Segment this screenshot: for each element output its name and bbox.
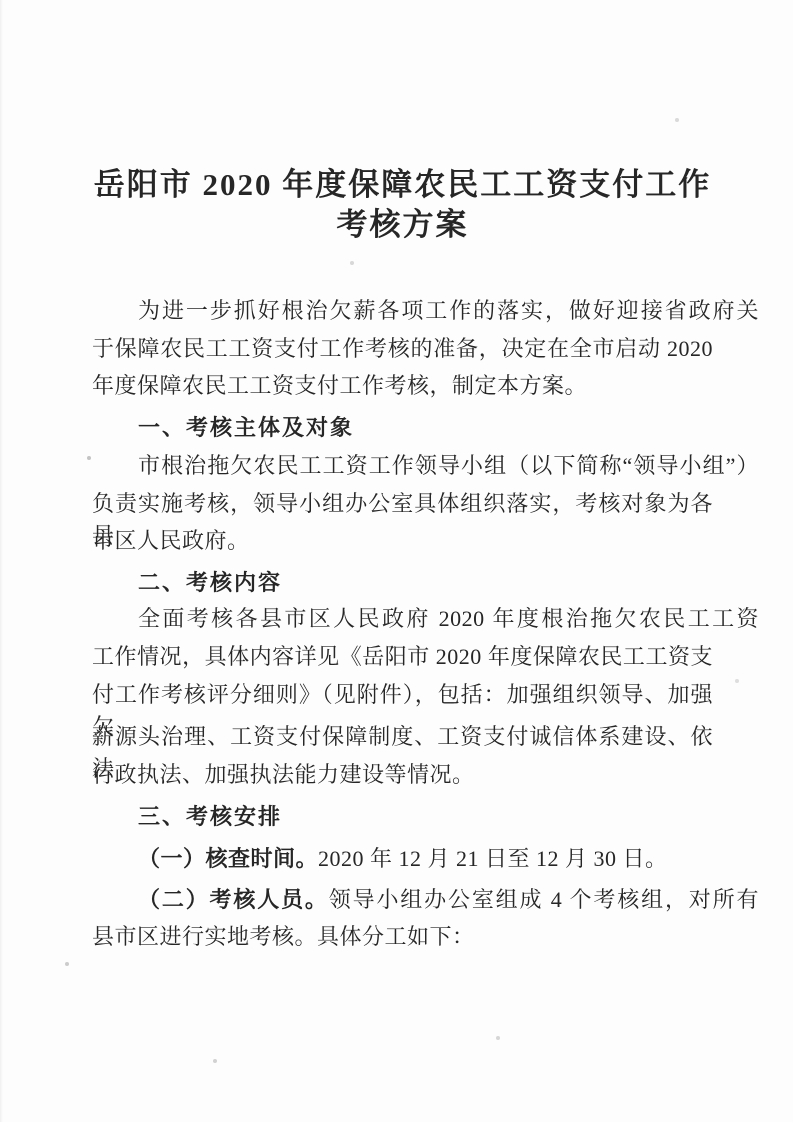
- item-label-bold: （二）考核人员。: [138, 887, 329, 912]
- paragraph-intro-line-3: 年度保障农民工工资支付工作考核，制定本方案。: [92, 370, 713, 402]
- document-title-line-2: 考核方案: [92, 206, 713, 244]
- body-text: 年度保障农民工工资支付工作考核，制定本方案。: [92, 373, 587, 398]
- heading-text: 一、考核主体及对象: [138, 415, 354, 440]
- body-text: 于保障农民工工资支付工作考核的准备，决定在全市启动 2020: [92, 336, 713, 361]
- paragraph-section2-line-2: 工作情况，具体内容详见《岳阳市 2020 年度保障农民工工资支: [92, 641, 713, 673]
- body-text: 全面考核各县市区人民政府 2020 年度根治拖欠农民工工资: [138, 606, 759, 631]
- item-check-time-line: （一）核查时间。2020 年 12 月 21 日至 12 月 30 日。: [92, 843, 759, 875]
- paragraph-section1-line-3: 市区人民政府。: [92, 525, 713, 557]
- body-text: 领导小组办公室组成 4 个考核组，对所有: [329, 887, 759, 912]
- section-heading-2: 二、考核内容: [92, 567, 759, 599]
- item-assessors-line-1: （二）考核人员。领导小组办公室组成 4 个考核组，对所有: [92, 884, 759, 916]
- heading-text: 二、考核内容: [138, 570, 282, 595]
- section-heading-1: 一、考核主体及对象: [92, 412, 759, 444]
- scanned-document-page: 岳阳市 2020 年度保障农民工工资支付工作 考核方案 为进一步抓好根治欠薪各项…: [0, 0, 793, 1122]
- paragraph-intro-line-2: 于保障农民工工资支付工作考核的准备，决定在全市启动 2020: [92, 333, 713, 365]
- body-text: 县市区进行实地考核。具体分工如下：: [92, 924, 475, 949]
- paragraph-section1-line-1: 市根治拖欠农民工工资工作领导小组（以下简称“领导小组”）: [92, 450, 759, 482]
- paragraph-intro-line-1: 为进一步抓好根治欠薪各项工作的落实，做好迎接省政府关: [92, 295, 759, 327]
- body-text: 市区人民政府。: [92, 528, 250, 553]
- document-title-line-1: 岳阳市 2020 年度保障农民工工资支付工作: [92, 166, 713, 204]
- scan-dust-specks: [0, 0, 2, 2]
- item-assessors-line-2: 县市区进行实地考核。具体分工如下：: [92, 921, 713, 953]
- section-heading-3: 三、考核安排: [92, 801, 759, 833]
- body-text: 工作情况，具体内容详见《岳阳市 2020 年度保障农民工工资支: [92, 644, 713, 669]
- body-text: 市根治拖欠农民工工资工作领导小组（以下简称“领导小组”）: [138, 453, 759, 478]
- heading-text: 三、考核安排: [138, 804, 282, 829]
- body-text: 2020 年 12 月 21 日至 12 月 30 日。: [318, 846, 668, 871]
- paragraph-section2-line-1: 全面考核各县市区人民政府 2020 年度根治拖欠农民工工资: [92, 603, 759, 635]
- item-label-bold: （一）核查时间。: [138, 846, 318, 871]
- paragraph-section2-line-5: 行政执法、加强执法能力建设等情况。: [92, 759, 713, 791]
- body-text: 为进一步抓好根治欠薪各项工作的落实，做好迎接省政府关: [138, 298, 759, 323]
- body-text: 行政执法、加强执法能力建设等情况。: [92, 762, 475, 787]
